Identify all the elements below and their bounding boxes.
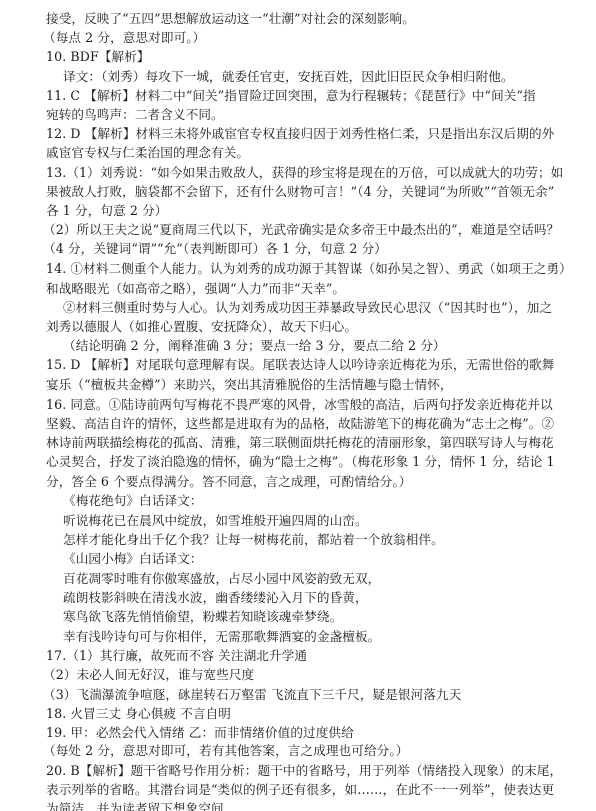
text-line: 各 1 分，句意 2 分） [46,203,168,219]
text-line: 果被敌人打败，脑袋都不会留下，还有什么财物可言！”（4 分，关键词“为所败”“首… [46,184,554,200]
text-line: 刘秀以德服人（如推心置腹、安抚降众），故天下归心。 [46,319,357,335]
text-line: （3）飞湍瀑流争喧豗，砯崖转石万壑雷 飞流直下三千尺，疑是银河落九天 [43,687,461,703]
text-line: 11. C 【解析】材料二中“间关”指冒险迂回突围，意为行程辗转；《琵琶行》中“… [46,88,536,104]
text-line: 16. 同意。①陆诗前两句写梅花不畏严寒的风骨，冰雪般的高洁，后两句抒发亲近梅花… [46,397,553,413]
text-line: 和战略眼光（如高帝之略），强调“人力”而非“天幸”。 [46,281,345,297]
text-line: 18. 火冒三丈 身心俱疲 不言自明 [46,706,231,722]
text-line: 译文：（刘秀）每攻下一城，就委任官吏，安抚百姓，因此旧臣民众争相归附他。 [63,69,514,85]
text-line: 《梅花绝句》白话译文： [63,493,203,509]
text-line: 坚毅、高洁自许的情怀，这些都是进取有为的品格，故陆游笔下的梅花确为“志士之梅”。… [46,416,554,432]
text-line: （每点 2 分，意思对即可。） [43,30,205,46]
text-line: 幸有浅吟诗句可与你相伴，无需那歌舞酒宴的金盏檀板。 [63,629,380,645]
text-line: 20. B【解析】题干省略号作用分析：题干中的省略号，用于列举（情绪投入现象）的… [46,763,562,779]
text-line: 13.（1）刘秀说：“如今如果击败敌人，获得的珍宝将是现在的万倍，可以成就大的功… [46,165,563,181]
text-line: （每处 2 分，意思对即可，若有其他答案，言之成理也可给分。） [43,743,408,759]
text-line: ②材料三侧重时势与人心。认为刘秀成功因王莽暴政导致民心思汉（“因其时也”），加之 [63,300,552,316]
text-line: 15. D 【解析】对尾联句意理解有误。尾联表达诗人以吟诗亲近梅花为乐，无需世俗… [46,357,554,373]
answer-key-page: 接受，反映了“五四”思想解放运动这一“壮潮”对社会的深刻影响。（每点 2 分，意… [0,0,596,811]
text-line: （4 分，关键词“谓”“允”（表判断即可）各 1 分，句意 2 分） [43,241,387,257]
text-line: 17.（1）其行廉，故死而不容 关注湖北升学通 [46,648,307,664]
text-line: （2）所以王夫之说“夏商周三代以下，光武帝确实是众多帝王中最杰出的”，难道是空话… [43,222,559,238]
text-line: 宛转的鸟鸣声：二者含义不同。 [46,107,224,123]
text-line: 分，答全 6 个要点得满分。答不同意，言之成理，可酌情给分。） [46,474,411,490]
text-line: 百花凋零时唯有你傲寒盛放，占尽小园中风姿韵致无双， [63,571,380,587]
text-line: 《山园小梅》白话译文： [63,551,203,567]
text-line: （2）未必人间无好汉，谁与宽些尺度 [43,667,254,683]
text-line: 听说梅花已在晨风中绽放，如雪堆般开遍四周的山峦。 [63,513,368,529]
text-line: 10. BDF【解析】 [46,49,150,65]
text-line: 戚宦官专权与仁柔治国的理念有关。 [46,145,249,161]
text-line: 宴乐（“檀板共金樽”）来助兴，突出其清雅脱俗的生活情趣与隐士情怀， [46,377,453,393]
text-line: 接受，反映了“五四”思想解放运动这一“壮潮”对社会的深刻影响。 [46,11,415,27]
text-line: 12. D 【解析】材料三未将外戚宦官专权直接归因于刘秀性格仁柔，只是指出东汉后… [46,126,554,142]
text-line: 疏朗枝影斜映在清浅水波，幽香缕缕沁入月下的昏黄， [63,590,368,606]
text-line: 14. ①材料二侧重个人能力。认为刘秀的成功源于其智谋（如孙吴之智）、勇武（如项… [46,261,572,277]
text-line: 林诗前两联描绘梅花的孤高、清雅，第三联侧面烘托梅花的清丽形象，第四联写诗人与梅花 [46,435,554,451]
text-line: 心灵契合，抒发了淡泊隐逸的情怀，确为“隐士之梅”。（梅花形象 1 分，情怀 1 … [46,454,555,470]
text-line: 怎样才能化身出千亿个我？让每一树梅花前，都站着一个放翁相伴。 [63,532,444,548]
text-line: 为简洁，并为读者留下想象空间， [46,801,236,811]
text-line: （结论明确 2 分，阐释准确 3 分；要点一给 3 分，要点二给 2 分） [63,338,446,354]
text-line: 寒鸟欲飞落先悄悄偷望，粉蝶若知晓该魂牵梦绕。 [63,609,342,625]
text-line: 表示列举的省略。其潜台词是“类似的例子还有很多，如……，在此不一一列举”，使表达… [46,782,554,798]
text-line: 19. 甲：必然会代入情绪 乙：而非情绪价值的过度供给 [46,725,354,741]
